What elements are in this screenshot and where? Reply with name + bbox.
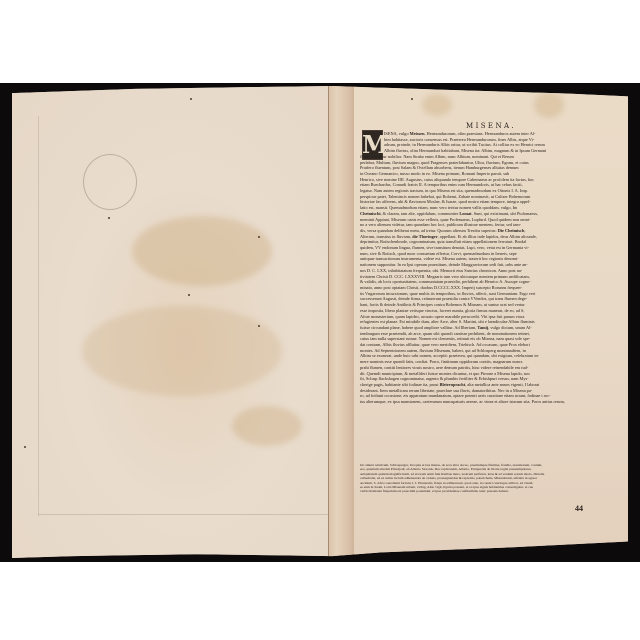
ink-speck xyxy=(108,217,110,219)
small-print-line: verbis Romanis fluperium est praeciniti … xyxy=(360,489,600,493)
center-fold-strip xyxy=(328,86,355,558)
foxing-stain xyxy=(534,92,564,118)
ink-speck xyxy=(258,325,260,327)
foxing-stain xyxy=(132,216,272,286)
ink-speck xyxy=(24,446,26,448)
foxing-stain xyxy=(82,306,282,396)
plate-mark-vertical xyxy=(38,116,39,516)
ink-speck xyxy=(258,236,260,238)
map-sheet-verso: MISENA. M ISENA, vulgo Meissen, Hermundu… xyxy=(12,86,628,558)
small-print-text: hic amunt relativum, Schlosperger, Irroq… xyxy=(360,463,600,494)
plate-mark-horizontal xyxy=(38,514,328,515)
page-number: 44 xyxy=(575,504,583,513)
circle-ring-mark xyxy=(83,154,137,210)
text-line: tus alterumque, ex ipsa mansionem, caete… xyxy=(360,399,600,405)
ink-speck xyxy=(190,98,192,100)
foxing-stain xyxy=(232,406,302,446)
ink-speck xyxy=(411,98,413,100)
foxing-stain xyxy=(422,94,452,116)
page-title: MISENA. xyxy=(466,122,516,130)
latin-text-body: ISENA, vulgo Meissen, Hermundurorum, oli… xyxy=(360,131,600,463)
left-blank-panel xyxy=(12,86,328,558)
ink-speck xyxy=(188,294,190,296)
